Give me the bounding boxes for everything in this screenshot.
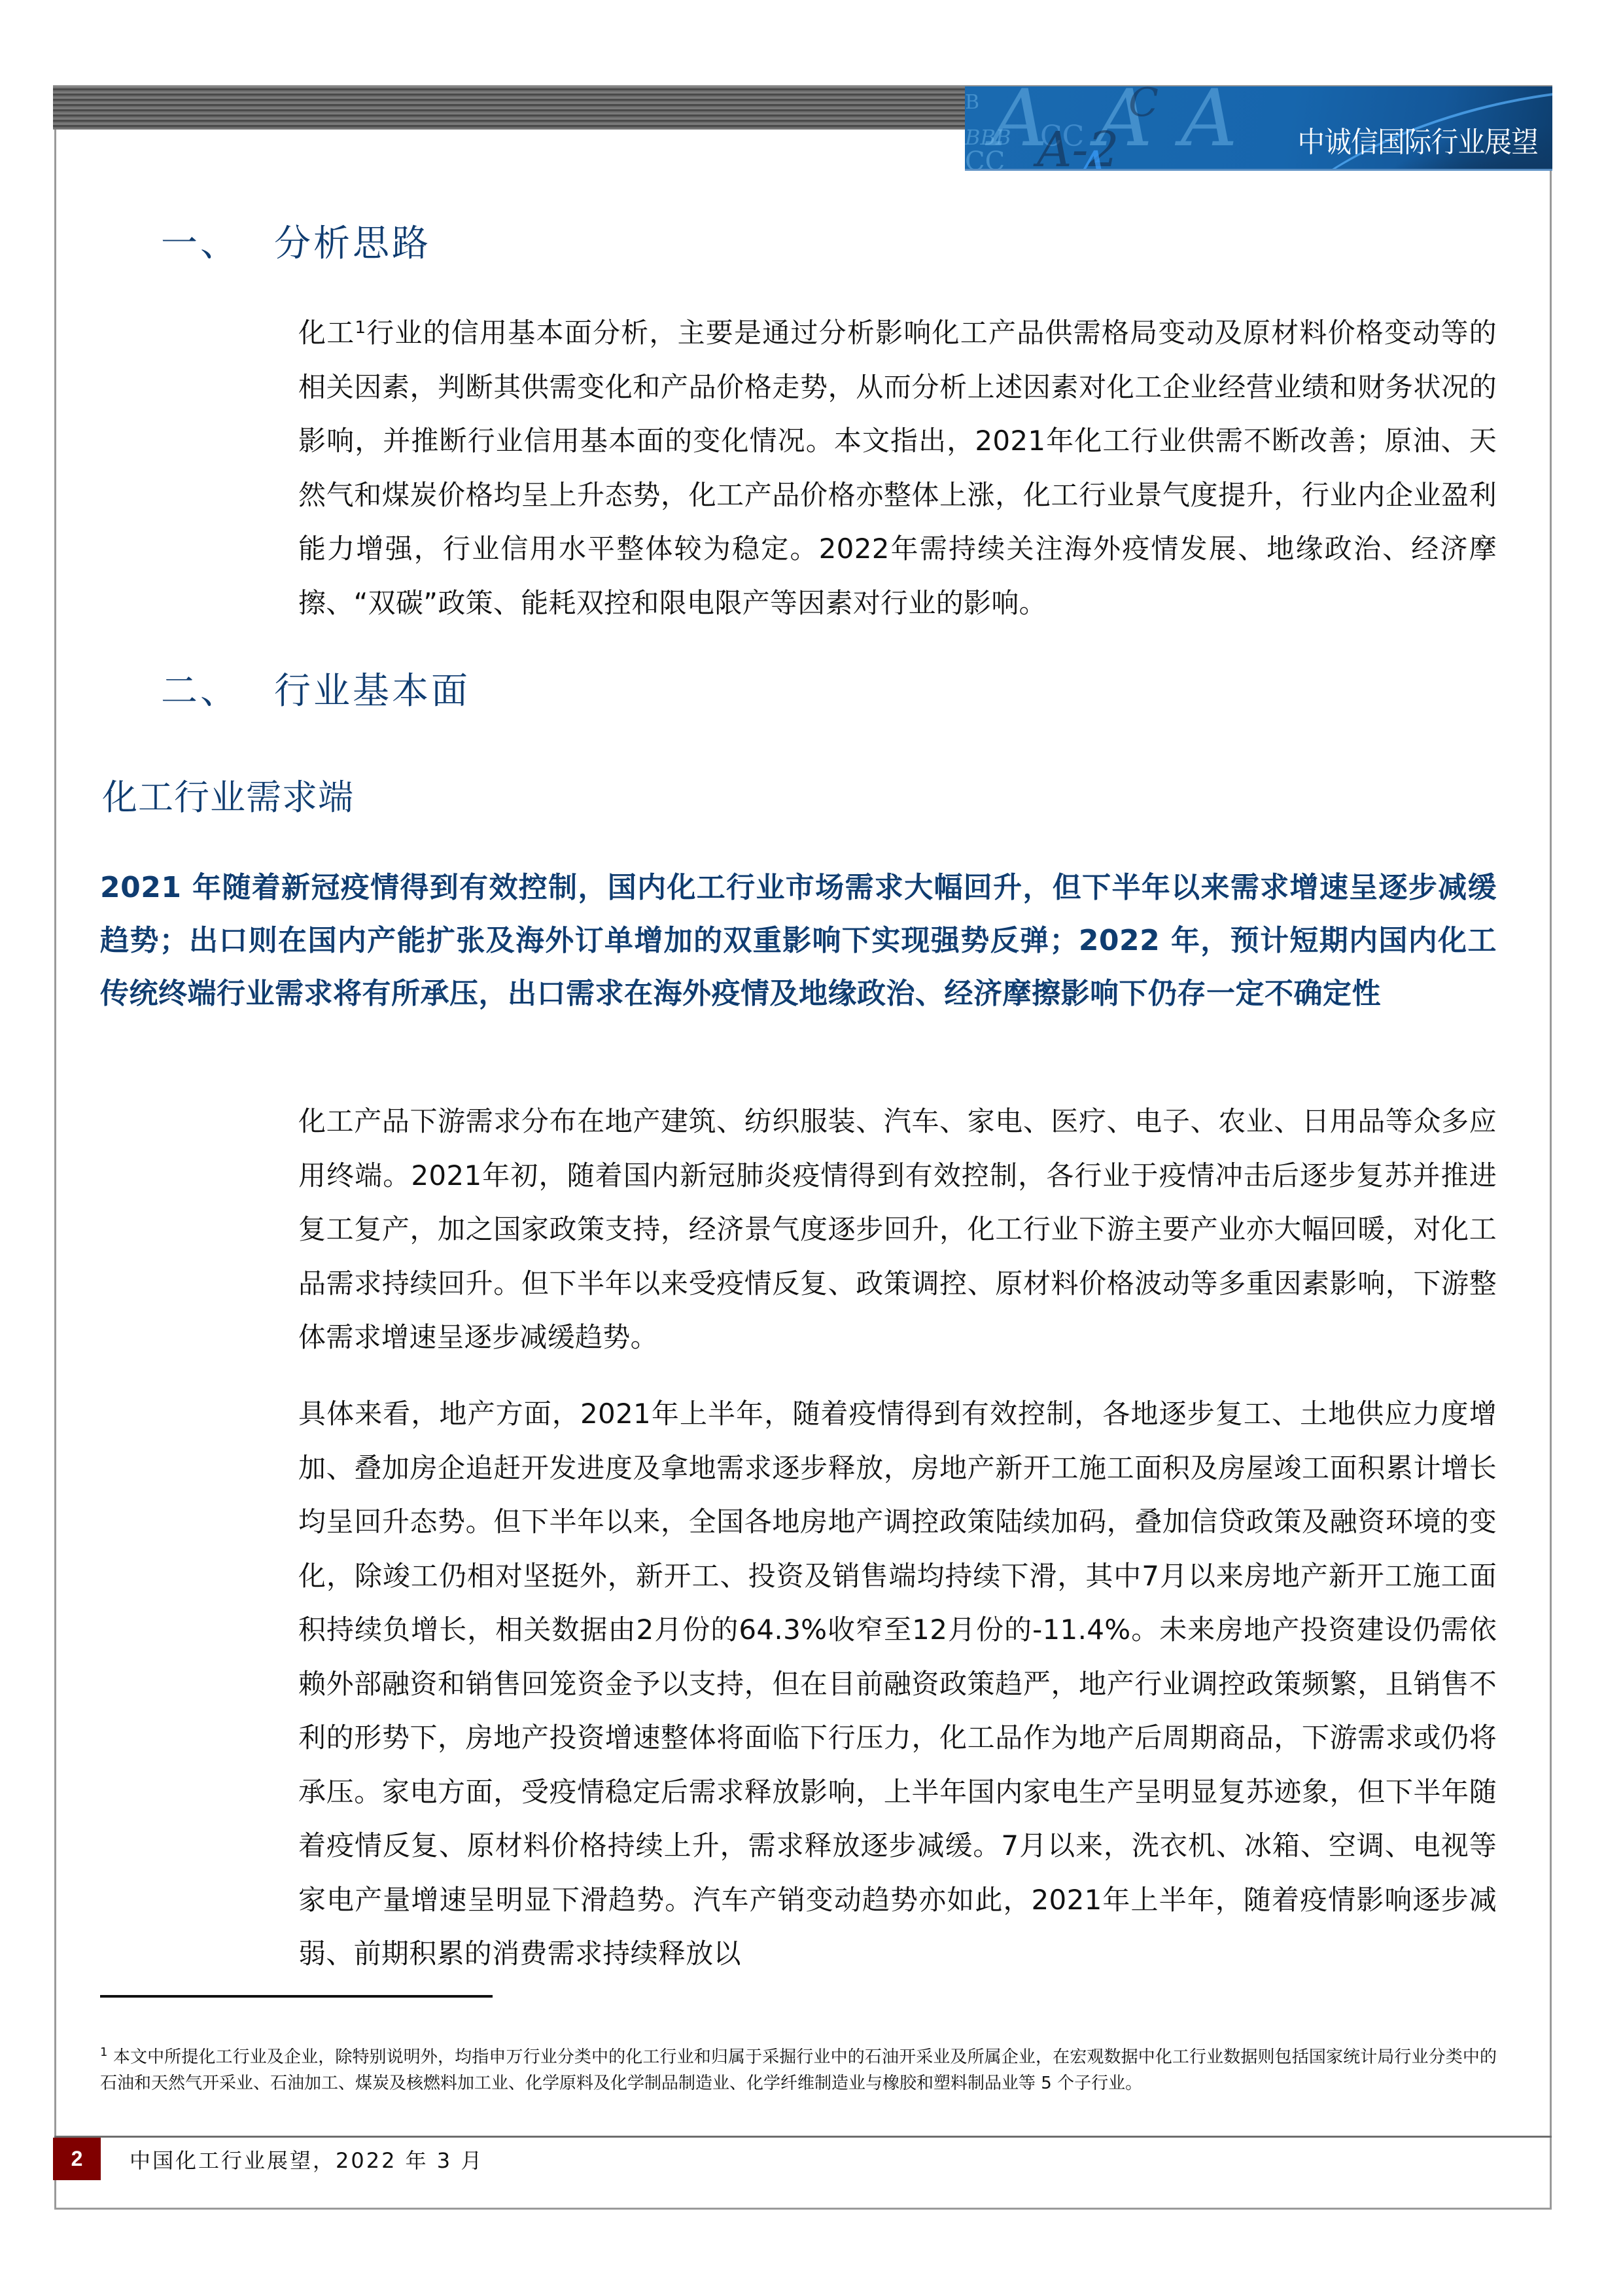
section-number: 一、 xyxy=(161,224,239,264)
footer-publication-title: 中国化工行业展望，2022 年 3 月 xyxy=(130,2146,483,2175)
paragraph-text: 行业的信用基本面分析，主要是通过分析影响化工产品供需格局变动及原材料价格变动等的… xyxy=(298,317,1497,619)
section-title: 行业基本面 xyxy=(274,672,470,711)
footnote-reference[interactable]: 1 xyxy=(355,318,366,338)
section-title: 分析思路 xyxy=(274,224,431,264)
banner-decor-letter: C xyxy=(1128,85,1159,122)
footnote-marker: 1 xyxy=(100,2045,107,2059)
footnote: 1 本文中所提化工行业及企业，除特别说明外，均指申万行业分类中的化工行业和归属于… xyxy=(100,2044,1497,2096)
demand-paragraph-2: 具体来看，地产方面，2021年上半年，随着疫情得到有效控制，各地逐步复工、土地供… xyxy=(298,1387,1497,1981)
banner-decor-letter: CC xyxy=(965,149,1005,171)
footer-divider xyxy=(54,2136,1552,2138)
paragraph-text: 化工 xyxy=(298,317,355,349)
subsection-heading-demand: 化工行业需求端 xyxy=(102,779,354,817)
demand-summary: 2021 年随着新冠疫情得到有效控制，国内化工行业市场需求大幅回升，但下半年以来… xyxy=(100,861,1497,1020)
footnote-separator xyxy=(100,1995,493,1998)
banner-decor-letter: A xyxy=(1181,85,1238,158)
footnote-text: 本文中所提化工行业及企业，除特别说明外，均指申万行业分类中的化工行业和归属于采掘… xyxy=(100,2047,1497,2093)
header-stripe-band xyxy=(53,85,965,130)
banner-title: 中诚信国际行业展望 xyxy=(1297,127,1538,158)
header-banner: A A A B BBB CC A-2 C CC A- 中诚信国际行业展望 xyxy=(965,85,1552,171)
banner-decor-letter: BBB xyxy=(965,127,1011,148)
analysis-paragraph: 化工1行业的信用基本面分析，主要是通过分析影响化工产品供需格局变动及原材料价格变… xyxy=(298,306,1497,630)
demand-paragraph-1: 化工产品下游需求分布在地产建筑、纺织服装、汽车、家电、医疗、电子、农业、日用品等… xyxy=(298,1095,1497,1365)
section-number: 二、 xyxy=(161,672,239,711)
banner-decor-letter: A- xyxy=(1076,145,1125,171)
page-number-badge: 2 xyxy=(53,2138,101,2180)
banner-decor-letter: B xyxy=(965,93,979,113)
